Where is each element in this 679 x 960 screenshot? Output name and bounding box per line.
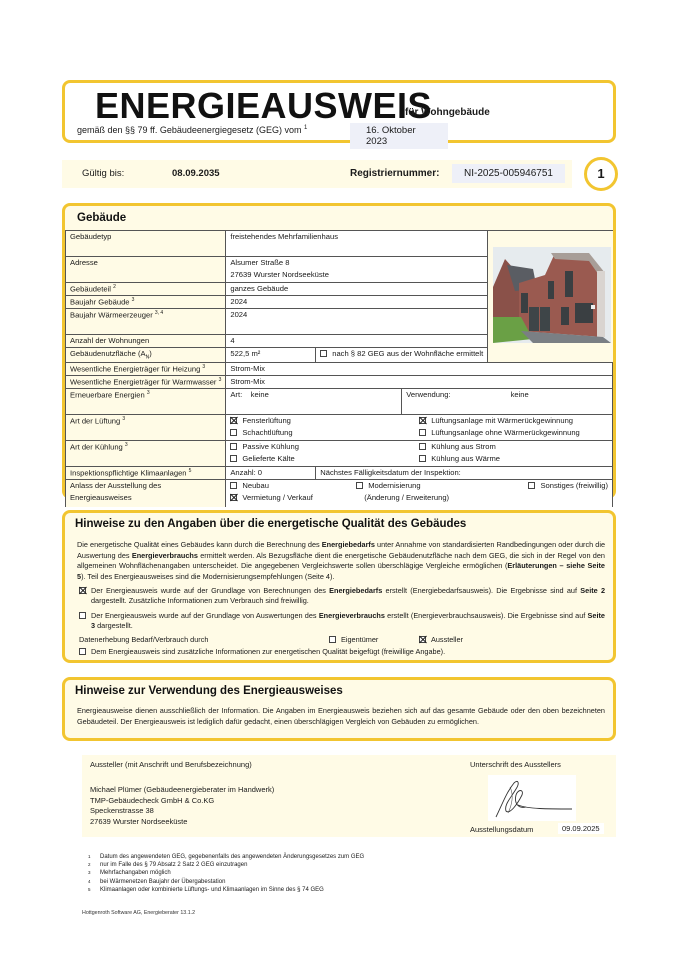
consumption-checkbox[interactable] <box>79 612 86 619</box>
issuer-heading: Aussteller (mit Anschrift und Berufsbeze… <box>90 760 252 769</box>
option-new-building[interactable]: Neubau <box>230 481 356 490</box>
heating-carrier-value: Strom-Mix <box>226 362 613 375</box>
building-photo <box>493 247 611 343</box>
building-part-value: ganzes Gebäude <box>226 283 488 296</box>
footnotes: 1Datum des angewendeten GEG, gegebenenfa… <box>88 853 364 894</box>
option-demand-certificate[interactable]: Der Energieausweis wurde auf der Grundla… <box>79 586 605 606</box>
table-row: Anlass der Ausstellung desEnergieausweis… <box>66 479 613 507</box>
table-row: Wesentliche Energieträger für Heizung 3 … <box>66 362 613 375</box>
option-additional-info[interactable]: Dem Energieausweis sind zusätzliche Info… <box>79 647 605 657</box>
usage-notes-title: Hinweise zur Verwendung des Energieauswe… <box>75 685 343 697</box>
cooling-options: Passive KühlungKühlung aus Strom Geliefe… <box>226 440 613 466</box>
address-value: Alsumer Straße 827639 Wurster Nordseeküs… <box>226 257 488 283</box>
area-option: nach § 82 GEG aus der Wohnfläche ermitte… <box>316 348 488 363</box>
year-building-value: 2024 <box>226 296 488 309</box>
water-carrier-value: Strom-Mix <box>226 375 613 388</box>
usage-notes-section: Hinweise zur Verwendung des Energieauswe… <box>62 677 616 741</box>
footnote-ref: 1 <box>304 125 307 131</box>
option-ventilation-without-recovery[interactable]: Lüftungsanlage ohne Wärmerückgewinnung <box>419 428 608 437</box>
renewables-use: Verwendung:keine <box>402 388 613 414</box>
year-heater-value: 2024 <box>226 309 488 335</box>
address-city: 27639 Wurster Nordseeküste <box>230 270 483 279</box>
issue-date: 09.09.2025 <box>558 823 604 834</box>
reason-options: NeubauModernisierungSonstiges (freiwilli… <box>226 479 613 507</box>
registration-number: NI-2025-005946751 <box>452 164 565 183</box>
footnote: 5Klimaanlagen oder kombinierte Lüftungs-… <box>88 886 364 894</box>
signature-box: Unterschrift des Ausstellers Ausstellung… <box>460 755 616 837</box>
table-row: Inspektionspflichtige Klimaanlagen 5 Anz… <box>66 466 613 479</box>
additional-info-checkbox[interactable] <box>79 648 86 655</box>
table-row: Art der Lüftung 3 FensterlüftungLüftungs… <box>66 414 613 440</box>
signature-image <box>488 775 576 821</box>
law-reference: gemäß den §§ 79 ff. Gebäudeenergiegesetz… <box>77 125 307 135</box>
demand-option-text: Der Energieausweis wurde auf der Grundla… <box>91 586 605 606</box>
table-row: Art der Kühlung 3 Passive KühlungKühlung… <box>66 440 613 466</box>
building-type-value: freistehendes Mehrfamilienhaus <box>226 231 488 257</box>
issuer-address: Michael Plümer (Gebäudeenergieberater im… <box>90 785 274 827</box>
demand-checkbox[interactable] <box>79 587 86 594</box>
modernisation-note: (Änderung / Erweiterung) <box>352 493 486 502</box>
issuer-company: TMP-Gebäudecheck GmbH & Co.KG <box>90 796 274 807</box>
option-other[interactable]: Sonstiges (freiwillig) <box>482 481 608 490</box>
option-owner[interactable]: Eigentümer <box>329 635 419 645</box>
data-collection-row: Datenerhebung Bedarf/Verbrauch durch Eig… <box>79 635 519 645</box>
issuer-street: Speckenstrasse 38 <box>90 806 274 817</box>
usage-notes-text: Energieausweise dienen ausschließlich de… <box>77 706 605 727</box>
issuer-city: 27639 Wurster Nordseeküste <box>90 817 274 828</box>
row-label: Wesentliche Energieträger für Heizung 3 <box>66 362 226 375</box>
ventilation-options: FensterlüftungLüftungsanlage mit Wärmerü… <box>226 414 613 440</box>
option-cooling-electric[interactable]: Kühlung aus Strom <box>419 442 608 451</box>
option-cooling-heat[interactable]: Kühlung aus Wärme <box>419 454 608 463</box>
footnote: 4bei Wärmenetzen Baujahr der Übergabesta… <box>88 878 364 886</box>
valid-until-date: 08.09.2035 <box>172 168 220 179</box>
row-label: Baujahr Gebäude 3 <box>66 296 226 309</box>
row-label: Wesentliche Energieträger für Warmwasser… <box>66 375 226 388</box>
brick-house-image <box>493 247 611 343</box>
option-shaft-ventilation[interactable]: Schachtlüftung <box>230 428 419 437</box>
renewables-type: Art: keine <box>226 388 402 414</box>
address-street: Alsumer Straße 8 <box>230 258 483 267</box>
building-section-title: Gebäude <box>77 212 126 224</box>
option-passive-cooling[interactable]: Passive Kühlung <box>230 442 419 451</box>
issuer-box: Aussteller (mit Anschrift und Berufsbeze… <box>82 755 468 837</box>
option-delivered-cold[interactable]: Gelieferte Kälte <box>230 454 419 463</box>
row-label: Gebäudenutzfläche (AN) <box>66 348 226 363</box>
footnote: 3Mehrfachangaben möglich <box>88 869 364 877</box>
area-option-checkbox[interactable] <box>320 350 327 357</box>
area-value: 522,5 m² <box>226 348 316 363</box>
law-text: gemäß den §§ 79 ff. Gebäudeenergiegesetz… <box>77 125 301 135</box>
signature-scribble-icon <box>488 775 576 821</box>
building-section: Gebäude Gebäudetyp freistehendes Mehrfam… <box>62 203 616 499</box>
option-window-ventilation[interactable]: Fensterlüftung <box>230 416 419 425</box>
building-type-subtitle: für Wohngebäude <box>405 107 490 118</box>
table-row: Wesentliche Energieträger für Warmwasser… <box>66 375 613 388</box>
option-modernisation[interactable]: Modernisierung <box>356 481 482 490</box>
row-label: Gebäudetyp <box>66 231 226 257</box>
row-label: Inspektionspflichtige Klimaanlagen 5 <box>66 466 226 479</box>
footnote: 1Datum des angewendeten GEG, gegebenenfa… <box>88 853 364 861</box>
signature-heading: Unterschrift des Ausstellers <box>470 760 561 769</box>
row-label: Anzahl der Wohnungen <box>66 335 226 348</box>
data-collection-label: Datenerhebung Bedarf/Verbrauch durch <box>79 635 329 645</box>
law-date-field: 16. Oktober 2023 <box>350 123 448 149</box>
row-label: Anlass der Ausstellung desEnergieausweis… <box>66 479 226 507</box>
table-row: Erneuerbare Energien 3 Art: keine Verwen… <box>66 388 613 414</box>
option-ventilation-with-recovery[interactable]: Lüftungsanlage mit Wärmerückgewinnung <box>419 416 608 425</box>
quality-notes-title: Hinweise zu den Angaben über die energet… <box>75 518 466 530</box>
option-consumption-certificate[interactable]: Der Energieausweis wurde auf der Grundla… <box>79 611 605 631</box>
quality-notes-section: Hinweise zu den Angaben über die energet… <box>62 510 616 663</box>
issuer-name: Michael Plümer (Gebäudeenergieberater im… <box>90 785 274 796</box>
row-label: Baujahr Wärmeerzeuger 3, 4 <box>66 309 226 335</box>
option-rent-sale[interactable]: Vermietung / Verkauf <box>230 493 352 502</box>
option-issuer[interactable]: Aussteller <box>419 635 463 645</box>
consumption-option-text: Der Energieausweis wurde auf der Grundla… <box>91 611 605 631</box>
row-label: Adresse <box>66 257 226 283</box>
row-label: Art der Lüftung 3 <box>66 414 226 440</box>
issue-date-label: Ausstellungsdatum <box>470 825 533 834</box>
page-number-badge: 1 <box>584 157 618 191</box>
units-value: 4 <box>226 335 488 348</box>
additional-info-text: Dem Energieausweis sind zusätzliche Info… <box>91 647 445 657</box>
valid-until-label: Gültig bis: <box>82 168 124 179</box>
row-label: Gebäudeteil 2 <box>66 283 226 296</box>
next-inspection: Nächstes Fälligkeitsdatum der Inspektion… <box>316 466 613 479</box>
row-label: Art der Kühlung 3 <box>66 440 226 466</box>
header-box: ENERGIEAUSWEIS für Wohngebäude gemäß den… <box>62 80 616 143</box>
ac-count: Anzahl: 0 <box>226 466 316 479</box>
quality-intro-text: Die energetische Qualität eines Gebäudes… <box>77 540 605 582</box>
software-credit: Hottgenroth Software AG, Energieberater … <box>82 910 195 916</box>
document-title: ENERGIEAUSWEIS <box>95 85 432 127</box>
footnote: 2nur im Falle des § 79 Absatz 2 Satz 2 G… <box>88 861 364 869</box>
validity-bar: Gültig bis: 08.09.2035 Registriernummer:… <box>62 160 572 188</box>
registration-label: Registriernummer: <box>350 168 439 179</box>
row-label: Erneuerbare Energien 3 <box>66 388 226 414</box>
